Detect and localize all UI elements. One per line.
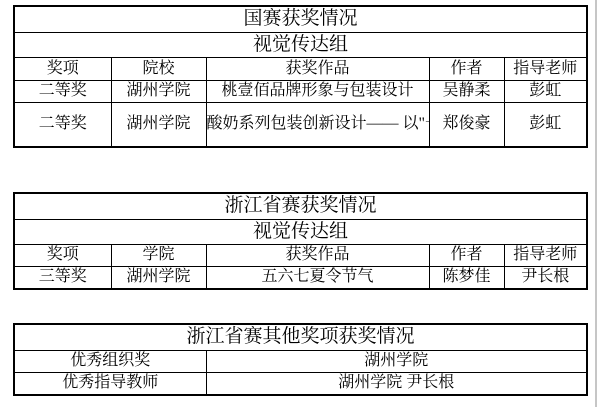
recipient-cell: 湖州学院 尹长根 bbox=[206, 372, 587, 395]
group-subtitle: 视觉传达组 bbox=[14, 32, 587, 58]
table-row: 视觉传达组 bbox=[14, 219, 587, 245]
column-header-award: 奖项 bbox=[14, 58, 111, 81]
table-row: 二等奖 湖州学院 酸奶系列包装创新设计—— 以"一鸣"品牌为例 郑俊豪 彭虹 bbox=[14, 103, 587, 147]
group-subtitle: 视觉传达组 bbox=[14, 219, 587, 245]
column-header-author: 作者 bbox=[429, 245, 504, 267]
table-row: 浙江省赛其他奖项获奖情况 bbox=[14, 324, 587, 350]
advisor-cell: 彭虹 bbox=[504, 81, 587, 103]
page-edge-line bbox=[595, 0, 597, 407]
column-header-school: 学院 bbox=[111, 245, 206, 267]
table-title: 浙江省赛获奖情况 bbox=[14, 193, 587, 219]
table-row: 三等奖 湖州学院 五六七夏令节气 陈梦佳 尹长根 bbox=[14, 267, 587, 289]
column-header-school: 院校 bbox=[111, 58, 206, 81]
table-row: 国赛获奖情况 bbox=[14, 6, 587, 32]
column-header-award: 奖项 bbox=[14, 245, 111, 267]
table-title: 国赛获奖情况 bbox=[14, 6, 587, 32]
column-header-author: 作者 bbox=[429, 58, 504, 81]
work-cell: 酸奶系列包装创新设计—— 以"一鸣"品牌为例 bbox=[206, 103, 429, 147]
advisor-cell: 尹长根 bbox=[504, 267, 587, 289]
column-header-advisor: 指导老师 bbox=[504, 58, 587, 81]
award-cell: 三等奖 bbox=[14, 267, 111, 289]
table-row: 浙江省赛获奖情况 bbox=[14, 193, 587, 219]
recipient-cell: 湖州学院 bbox=[206, 350, 587, 372]
author-cell: 吴静柔 bbox=[429, 81, 504, 103]
table-row: 二等奖 湖州学院 桃壹佰品牌形象与包装设计 吴静柔 彭虹 bbox=[14, 81, 587, 103]
advisor-cell: 彭虹 bbox=[504, 103, 587, 147]
work-cell: 五六七夏令节气 bbox=[206, 267, 429, 289]
document-page: 国赛获奖情况 视觉传达组 奖项 院校 获奖作品 作者 指导老师 二等奖 湖州学院… bbox=[0, 0, 599, 407]
table-row: 优秀指导教师 湖州学院 尹长根 bbox=[14, 372, 587, 395]
author-cell: 陈梦佳 bbox=[429, 267, 504, 289]
school-cell: 湖州学院 bbox=[111, 81, 206, 103]
provincial-awards-table: 浙江省赛获奖情况 视觉传达组 奖项 学院 获奖作品 作者 指导老师 三等奖 湖州… bbox=[13, 192, 588, 290]
column-header-advisor: 指导老师 bbox=[504, 245, 587, 267]
table-header-row: 奖项 学院 获奖作品 作者 指导老师 bbox=[14, 245, 587, 267]
school-cell: 湖州学院 bbox=[111, 103, 206, 147]
column-header-work: 获奖作品 bbox=[206, 58, 429, 81]
school-cell: 湖州学院 bbox=[111, 267, 206, 289]
column-header-work: 获奖作品 bbox=[206, 245, 429, 267]
award-cell: 二等奖 bbox=[14, 103, 111, 147]
provincial-other-awards-table: 浙江省赛其他奖项获奖情况 优秀组织奖 湖州学院 优秀指导教师 湖州学院 尹长根 bbox=[13, 323, 588, 396]
table-row: 视觉传达组 bbox=[14, 32, 587, 58]
table-header-row: 奖项 院校 获奖作品 作者 指导老师 bbox=[14, 58, 587, 81]
national-awards-table: 国赛获奖情况 视觉传达组 奖项 院校 获奖作品 作者 指导老师 二等奖 湖州学院… bbox=[13, 5, 588, 148]
author-cell: 郑俊豪 bbox=[429, 103, 504, 147]
table-title: 浙江省赛其他奖项获奖情况 bbox=[14, 324, 587, 350]
award-cell: 二等奖 bbox=[14, 81, 111, 103]
award-cell: 优秀组织奖 bbox=[14, 350, 206, 372]
work-cell: 桃壹佰品牌形象与包装设计 bbox=[206, 81, 429, 103]
table-row: 优秀组织奖 湖州学院 bbox=[14, 350, 587, 372]
award-cell: 优秀指导教师 bbox=[14, 372, 206, 395]
